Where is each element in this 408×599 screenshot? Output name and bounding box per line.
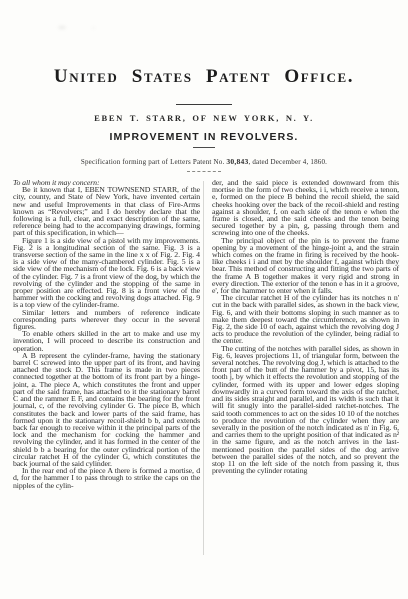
paragraph: The circular ratchet H of the cylinder h… bbox=[212, 294, 399, 344]
invention-title: IMPROVEMENT IN REVOLVERS. bbox=[0, 131, 408, 143]
scan-smudge bbox=[92, 27, 95, 29]
patent-document-page: United States Patent Office. EBEN T. STA… bbox=[0, 0, 408, 599]
paragraph: der, and the said piece is extended down… bbox=[212, 179, 399, 237]
paragraph: The cutting of the notches with parallel… bbox=[212, 345, 399, 475]
body-columns: To all whom it may concern:Be it known t… bbox=[13, 179, 399, 489]
specification-divider-rule bbox=[187, 171, 221, 172]
paragraph: Similar letters and numbers of reference… bbox=[13, 309, 200, 331]
paragraph: Be it known that I, EBEN TOWNSEND STARR,… bbox=[13, 186, 200, 236]
paragraph: To enable others skilled in the art to m… bbox=[13, 330, 200, 352]
paragraph: The principal object of the pin is to pr… bbox=[212, 237, 399, 295]
paragraph: In the rear end of the piece A there is … bbox=[13, 467, 200, 489]
masthead-divider-rule bbox=[176, 104, 232, 105]
title-divider-rule bbox=[193, 147, 215, 148]
scan-smudge bbox=[58, 26, 66, 29]
patentee-line: EBEN T. STARR, OF NEW YORK, N. Y. bbox=[0, 113, 408, 123]
paragraph: A B represent the cylinder-frame, having… bbox=[13, 352, 200, 467]
specification-prefix: Specification forming part of Letters Pa… bbox=[81, 158, 226, 166]
specification-line: Specification forming part of Letters Pa… bbox=[0, 157, 408, 166]
right-column: der, and the said piece is extended down… bbox=[212, 179, 399, 489]
specification-suffix: , dated December 4, 1860. bbox=[248, 158, 327, 166]
masthead-title: United States Patent Office. bbox=[0, 66, 408, 88]
left-column: To all whom it may concern:Be it known t… bbox=[13, 179, 200, 489]
paragraph: Figure 1 is a side view of a pistol with… bbox=[13, 237, 200, 309]
patent-number: 30,843 bbox=[226, 157, 248, 166]
